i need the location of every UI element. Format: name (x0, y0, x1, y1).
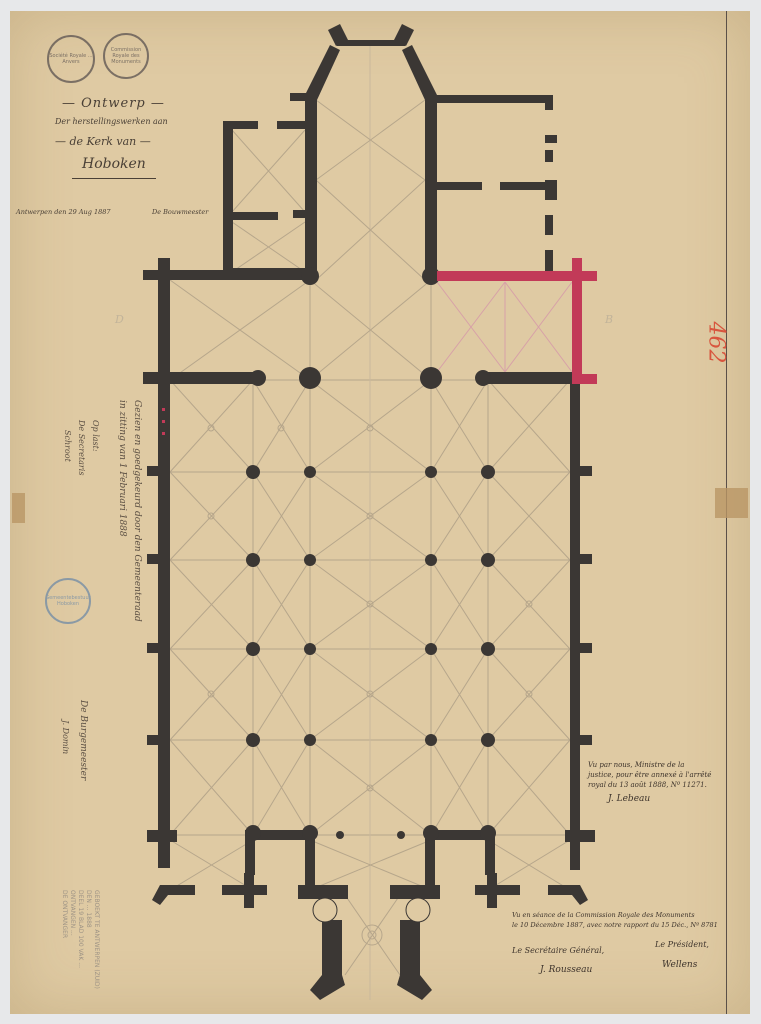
approval-line-5: De Burgemeester (78, 700, 88, 780)
walls-new (437, 258, 597, 384)
new-vault-ribs (437, 282, 572, 372)
date-line: Antwerpen den 29 Aug 1887 (16, 208, 111, 216)
architect-line: De Bouwmeester (152, 208, 208, 216)
page-number: 462 (704, 322, 729, 364)
grid-label-d: D (115, 313, 124, 326)
secretary-general-signature: J. Rousseau (540, 965, 592, 975)
approval-line-1: Gezien en goedgekeurd door den Gemeenter… (132, 400, 142, 622)
president-signature: Wellens (662, 960, 697, 970)
secretary-general-label: Le Secrétaire Général, (512, 946, 604, 956)
secretary-signature: Schroot (63, 430, 72, 462)
ministry-note: Vu par nous, Ministre de la justice, pou… (588, 760, 711, 804)
municipal-stamp: Gemeentebestuur Hoboken (45, 578, 91, 624)
mayor-signature: J. Domin (61, 720, 70, 754)
title-underline (72, 178, 156, 179)
title-place: Hoboken (82, 156, 146, 172)
walls-existing (143, 24, 595, 1000)
approval-line-3: Op last: (91, 420, 100, 452)
approval-line-4: De Secretaris (77, 420, 86, 475)
title-kerk: — de Kerk van — (55, 135, 151, 148)
archive-stamp-2: Commission Royale des Monuments (103, 33, 149, 79)
approval-line-2: in zitting van 1 Februari 1888 (117, 400, 127, 537)
title-subtitle: Der herstellingswerken aan (55, 117, 168, 126)
stair-turrets (313, 898, 430, 922)
president-label: Le Président, (655, 940, 709, 950)
tape-left (12, 493, 25, 523)
tape-right (715, 488, 748, 518)
registration-stamp: GEBOEKT TE ANTWERPEN (ZUID) DEN ... 1888… (60, 890, 100, 989)
grid-label-b: B (605, 313, 613, 326)
floor-plan (0, 0, 761, 1024)
commission-note: Vu en séance de la Commission Royale des… (512, 910, 718, 930)
title-ontwerp: — Ontwerp — (62, 96, 165, 111)
archive-stamp-1: Société Royale ... Anvers (47, 35, 95, 83)
